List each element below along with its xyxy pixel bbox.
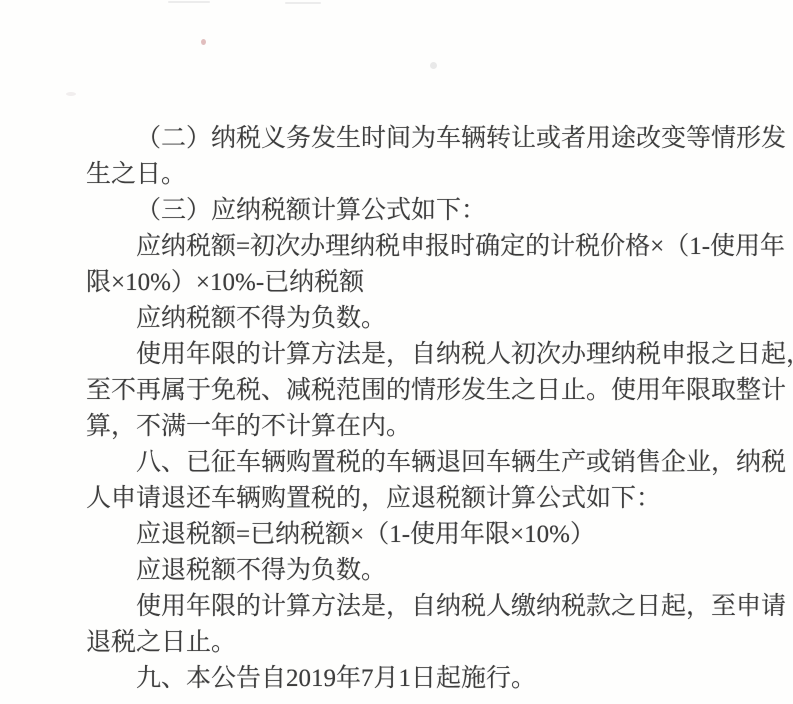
scan-smudge [66,92,76,96]
scan-streak [168,1,210,3]
text-line: 限×10%）×10%-已纳税额 [86,265,753,301]
text-line: （二）纳税义务发生时间为车辆转让或者用途改变等情形发 [86,121,753,157]
text-line: 算，不满一年的不计算在内。 [86,409,753,445]
scan-speck [201,39,206,45]
text-line: 应退税额不得为负数。 [86,553,753,589]
text-line: 九、本公告自2019年7月1日起施行。 [86,661,753,697]
text-line: 退税之日止。 [86,625,753,661]
text-line: 应退税额=已纳税额×（1-使用年限×10%） [86,517,753,553]
text-line: 应纳税额=初次办理纳税申报时确定的计税价格×（1-使用年 [86,229,753,265]
text-line: （三）应纳税额计算公式如下： [86,193,753,229]
text-line: 八、已征车辆购置税的车辆退回车辆生产或销售企业，纳税 [86,445,753,481]
scan-speck [430,62,437,69]
text-line: 生之日。 [86,157,753,193]
text-line: 人申请退还车辆购置税的，应退税额计算公式如下： [86,481,753,517]
scanned-document-page: （二）纳税义务发生时间为车辆转让或者用途改变等情形发 生之日。 （三）应纳税额计… [0,0,793,704]
text-line: 应纳税额不得为负数。 [86,301,753,337]
scan-streak [285,2,321,4]
document-text-block: （二）纳税义务发生时间为车辆转让或者用途改变等情形发 生之日。 （三）应纳税额计… [86,121,753,697]
text-line: 使用年限的计算方法是，自纳税人缴纳税款之日起，至申请 [86,589,753,625]
text-line: 至不再属于免税、减税范围的情形发生之日止。使用年限取整计 [86,373,753,409]
text-line: 使用年限的计算方法是，自纳税人初次办理纳税申报之日起， [86,337,753,373]
